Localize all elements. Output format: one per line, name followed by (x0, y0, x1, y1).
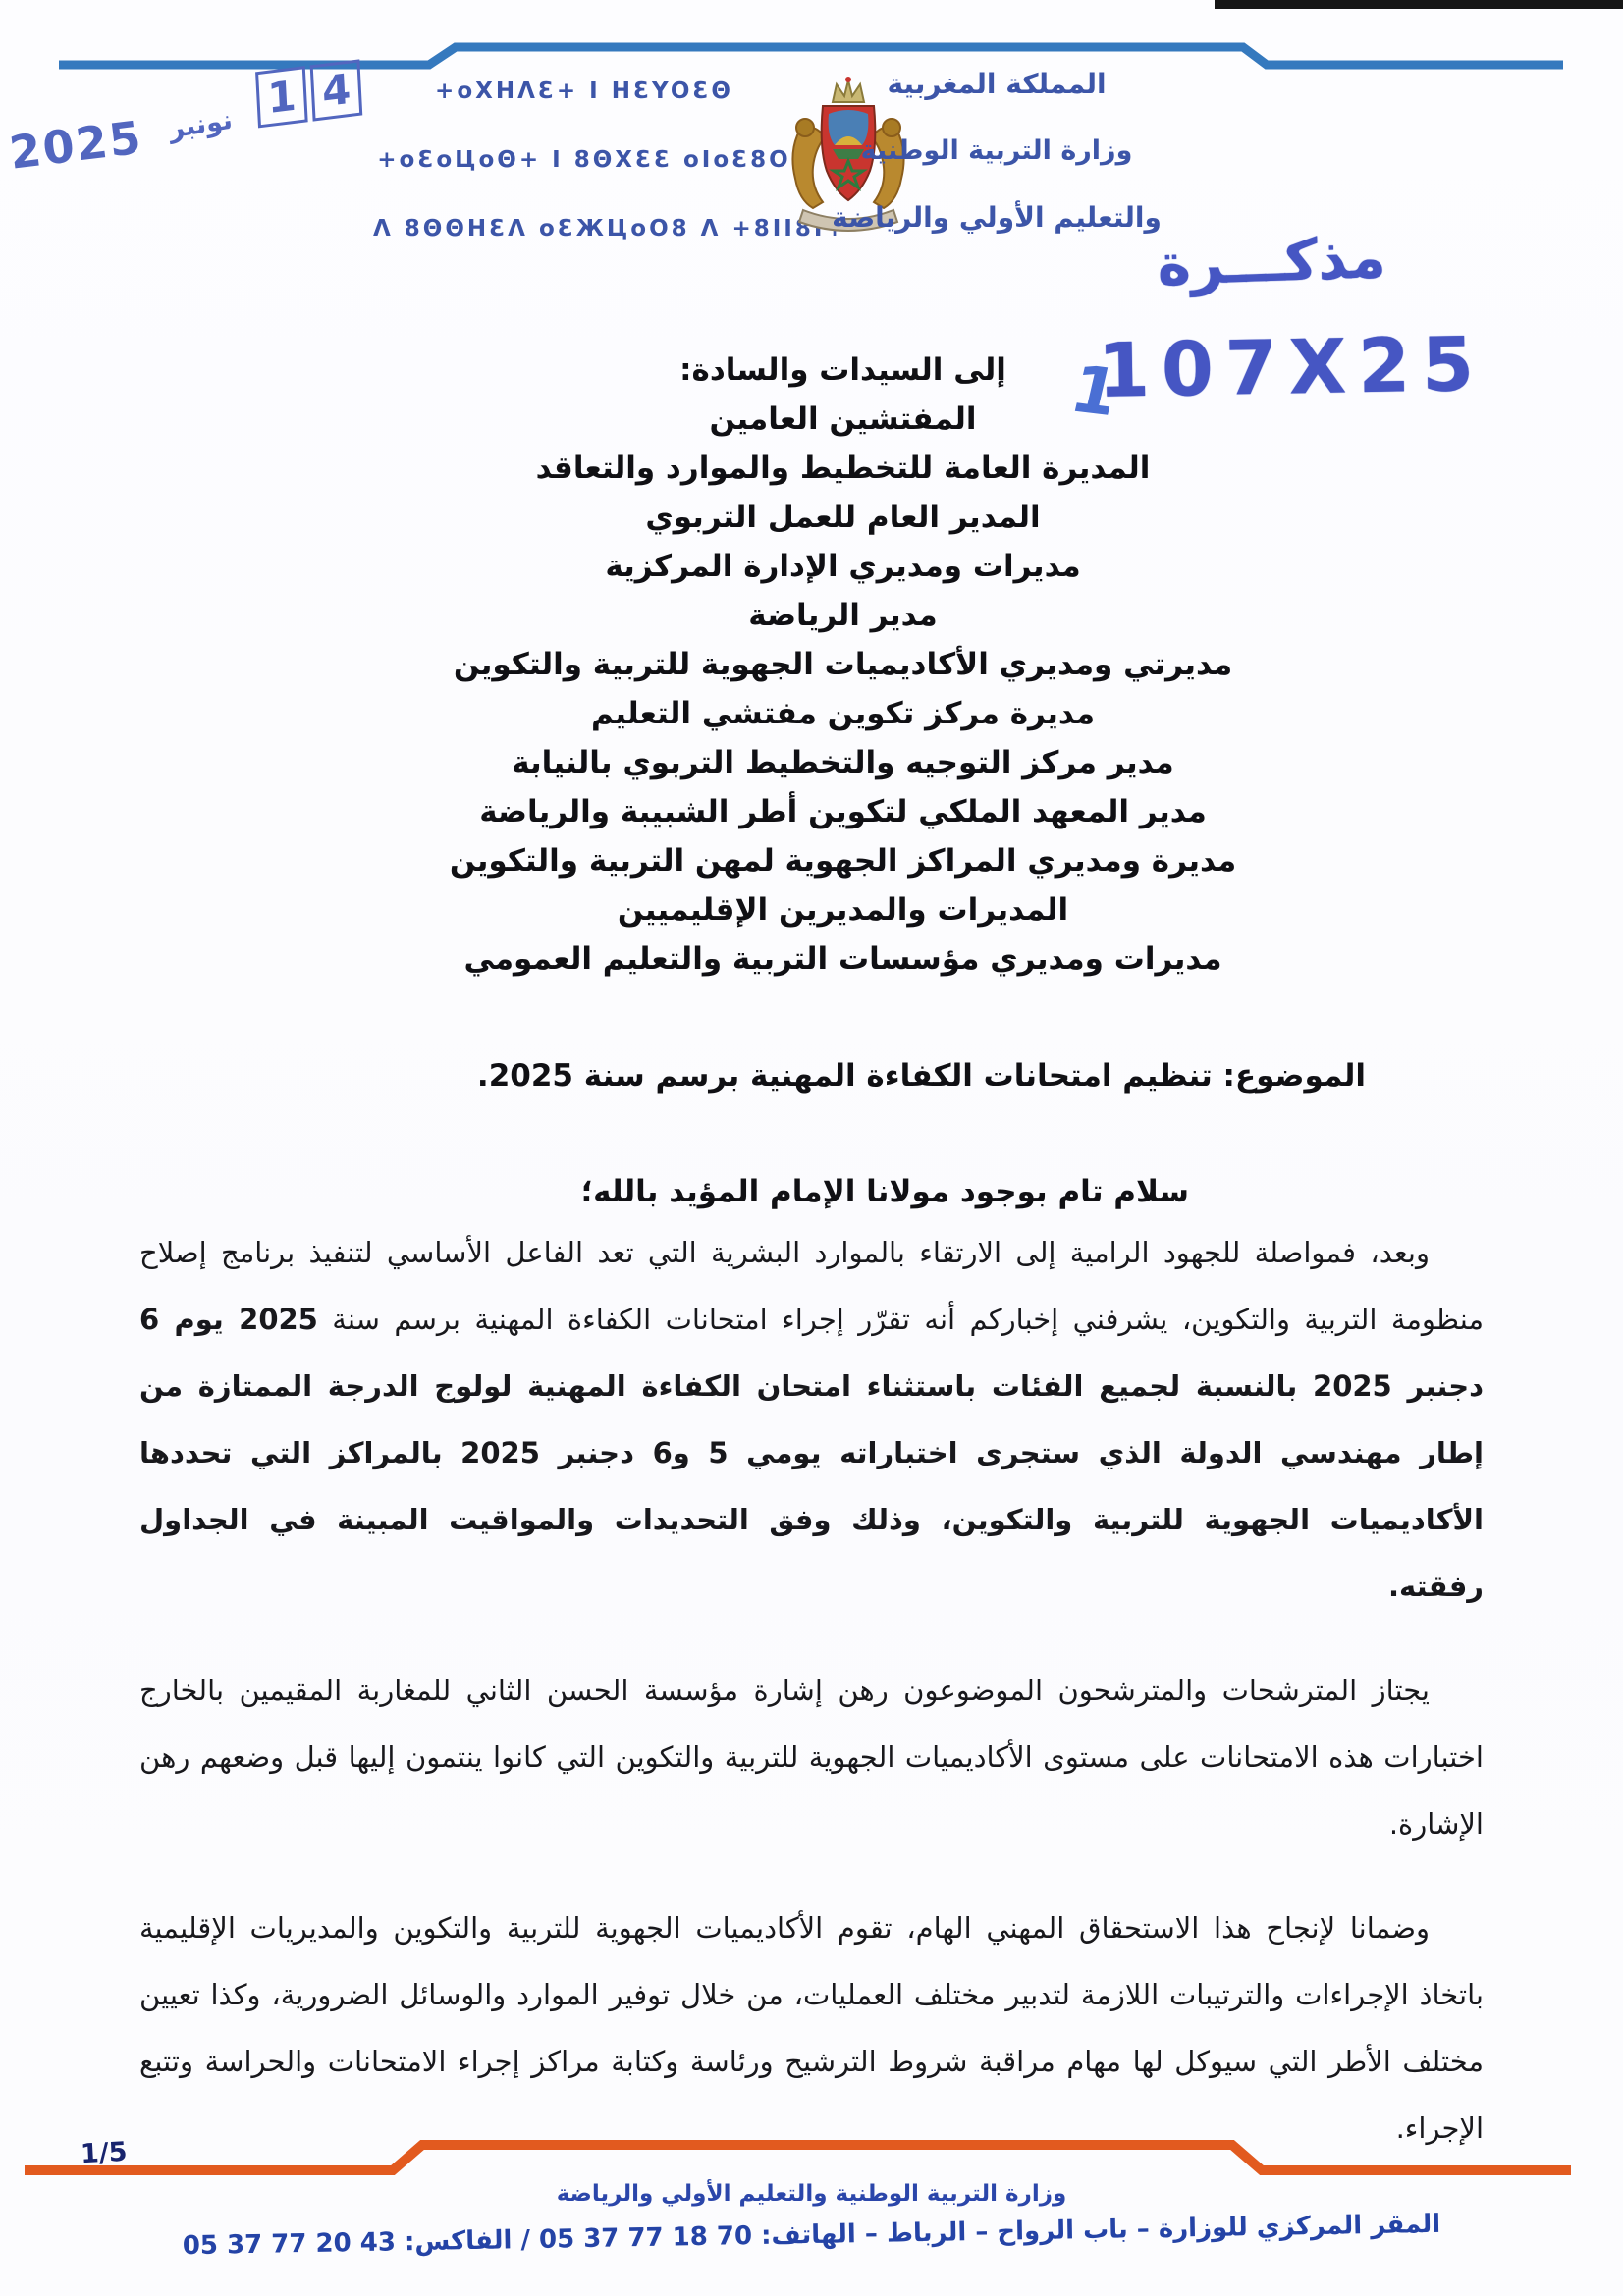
date-stamp-day: 1 4 (253, 60, 365, 129)
subject-line: الموضوع: تنظيم امتحانات الكفاءة المهنية … (477, 1058, 1366, 1094)
date-stamp-day-digit-1: 1 (255, 66, 308, 128)
footer-address-label: المقر المركزي للوزارة – باب الرواح – الر… (752, 2210, 1441, 2251)
recipient-line: مدير مركز التوجيه والتخطيط التربوي بالني… (63, 738, 1623, 787)
paragraph-1-normal-run: وبعد، فمواصلة للجهود الرامية إلى الارتقا… (139, 1236, 1484, 1336)
recipient-line: مديرتي ومديري الأكاديميات الجهوية للتربي… (63, 640, 1623, 689)
header-kingdom-line: المملكة المغربية (815, 51, 1178, 118)
tifinagh-line-3: Λ 8ΘΘHƐΛ oƐЖЦoO8 Λ +8II8I+ (373, 194, 795, 263)
body-paragraph-2: يجتاز المترشحات والمترشحون الموضوعون رهن… (139, 1657, 1484, 1857)
body-paragraph-1: وبعد، فمواصلة للجهود الرامية إلى الارتقا… (139, 1219, 1484, 1620)
greeting-line: سلام تام بوجود مولانا الإمام المؤيد بالل… (581, 1174, 1189, 1209)
recipient-line: المديرات والمديرين الإقليميين (63, 885, 1623, 934)
date-stamp-day-digit-2: 4 (310, 59, 363, 121)
recipient-line: مديرة مركز تكوين مفتشي التعليم (63, 689, 1623, 738)
date-stamp-year: 2025 (7, 110, 146, 179)
footer-fax-number: 05 37 77 20 43 (183, 2227, 397, 2261)
footer-fax-label: / الفاكس: (396, 2225, 540, 2258)
recipients-list: إلى السيدات والسادة: المفتشين العامين ال… (0, 346, 1623, 984)
recipient-line: مدير الرياضة (63, 591, 1623, 640)
scanned-memo-page: +oXHΛƐ+ I HƐYOƐΘ +oƐoЦoΘ+ I 8ΘXƐƐ oIoƐ8O… (0, 0, 1623, 2296)
recipient-line: مدير المعهد الملكي لتكوين أطر الشبيبة وا… (63, 787, 1623, 836)
recipient-line: مديرات ومديري مؤسسات التربية والتعليم ال… (63, 934, 1623, 984)
date-stamp-month: نونبر (167, 105, 235, 145)
footer-phone-number: 05 37 77 18 70 (539, 2221, 753, 2255)
header-ministry-line: وزارة التربية الوطنية (815, 118, 1178, 185)
recipient-line: المديرة العامة للتخطيط والموارد والتعاقد (63, 444, 1623, 493)
paragraph-1-bold-run: 2025 يوم 6 دجنبر 2025 بالنسبة لجميع الفئ… (139, 1303, 1484, 1603)
recipients-salutation: إلى السيدات والسادة: (63, 346, 1623, 395)
recipient-line: مديرات ومديري الإدارة المركزية (63, 542, 1623, 591)
recipient-line: مديرة ومديري المراكز الجهوية لمهن التربي… (63, 836, 1623, 885)
memo-stamp-label: مذكـــرة (1128, 223, 1415, 299)
recipient-line: المفتشين العامين (63, 395, 1623, 444)
header-ministry-line-2: والتعليم الأولي والرياضة (815, 185, 1178, 251)
header-arabic-block: المملكة المغربية وزارة التربية الوطنية و… (815, 51, 1178, 251)
footer-address-line: المقر المركزي للوزارة – باب الرواح – الر… (0, 2207, 1623, 2265)
tifinagh-line-2: +oƐoЦoΘ+ I 8ΘXƐƐ oIoƐ8O (373, 126, 795, 194)
recipient-line: المدير العام للعمل التربوي (63, 493, 1623, 542)
letter-body: وبعد، فمواصلة للجهود الرامية إلى الارتقا… (139, 1219, 1484, 2199)
footer-ministry-line: وزارة التربية الوطنية والتعليم الأولي وا… (0, 2181, 1623, 2207)
